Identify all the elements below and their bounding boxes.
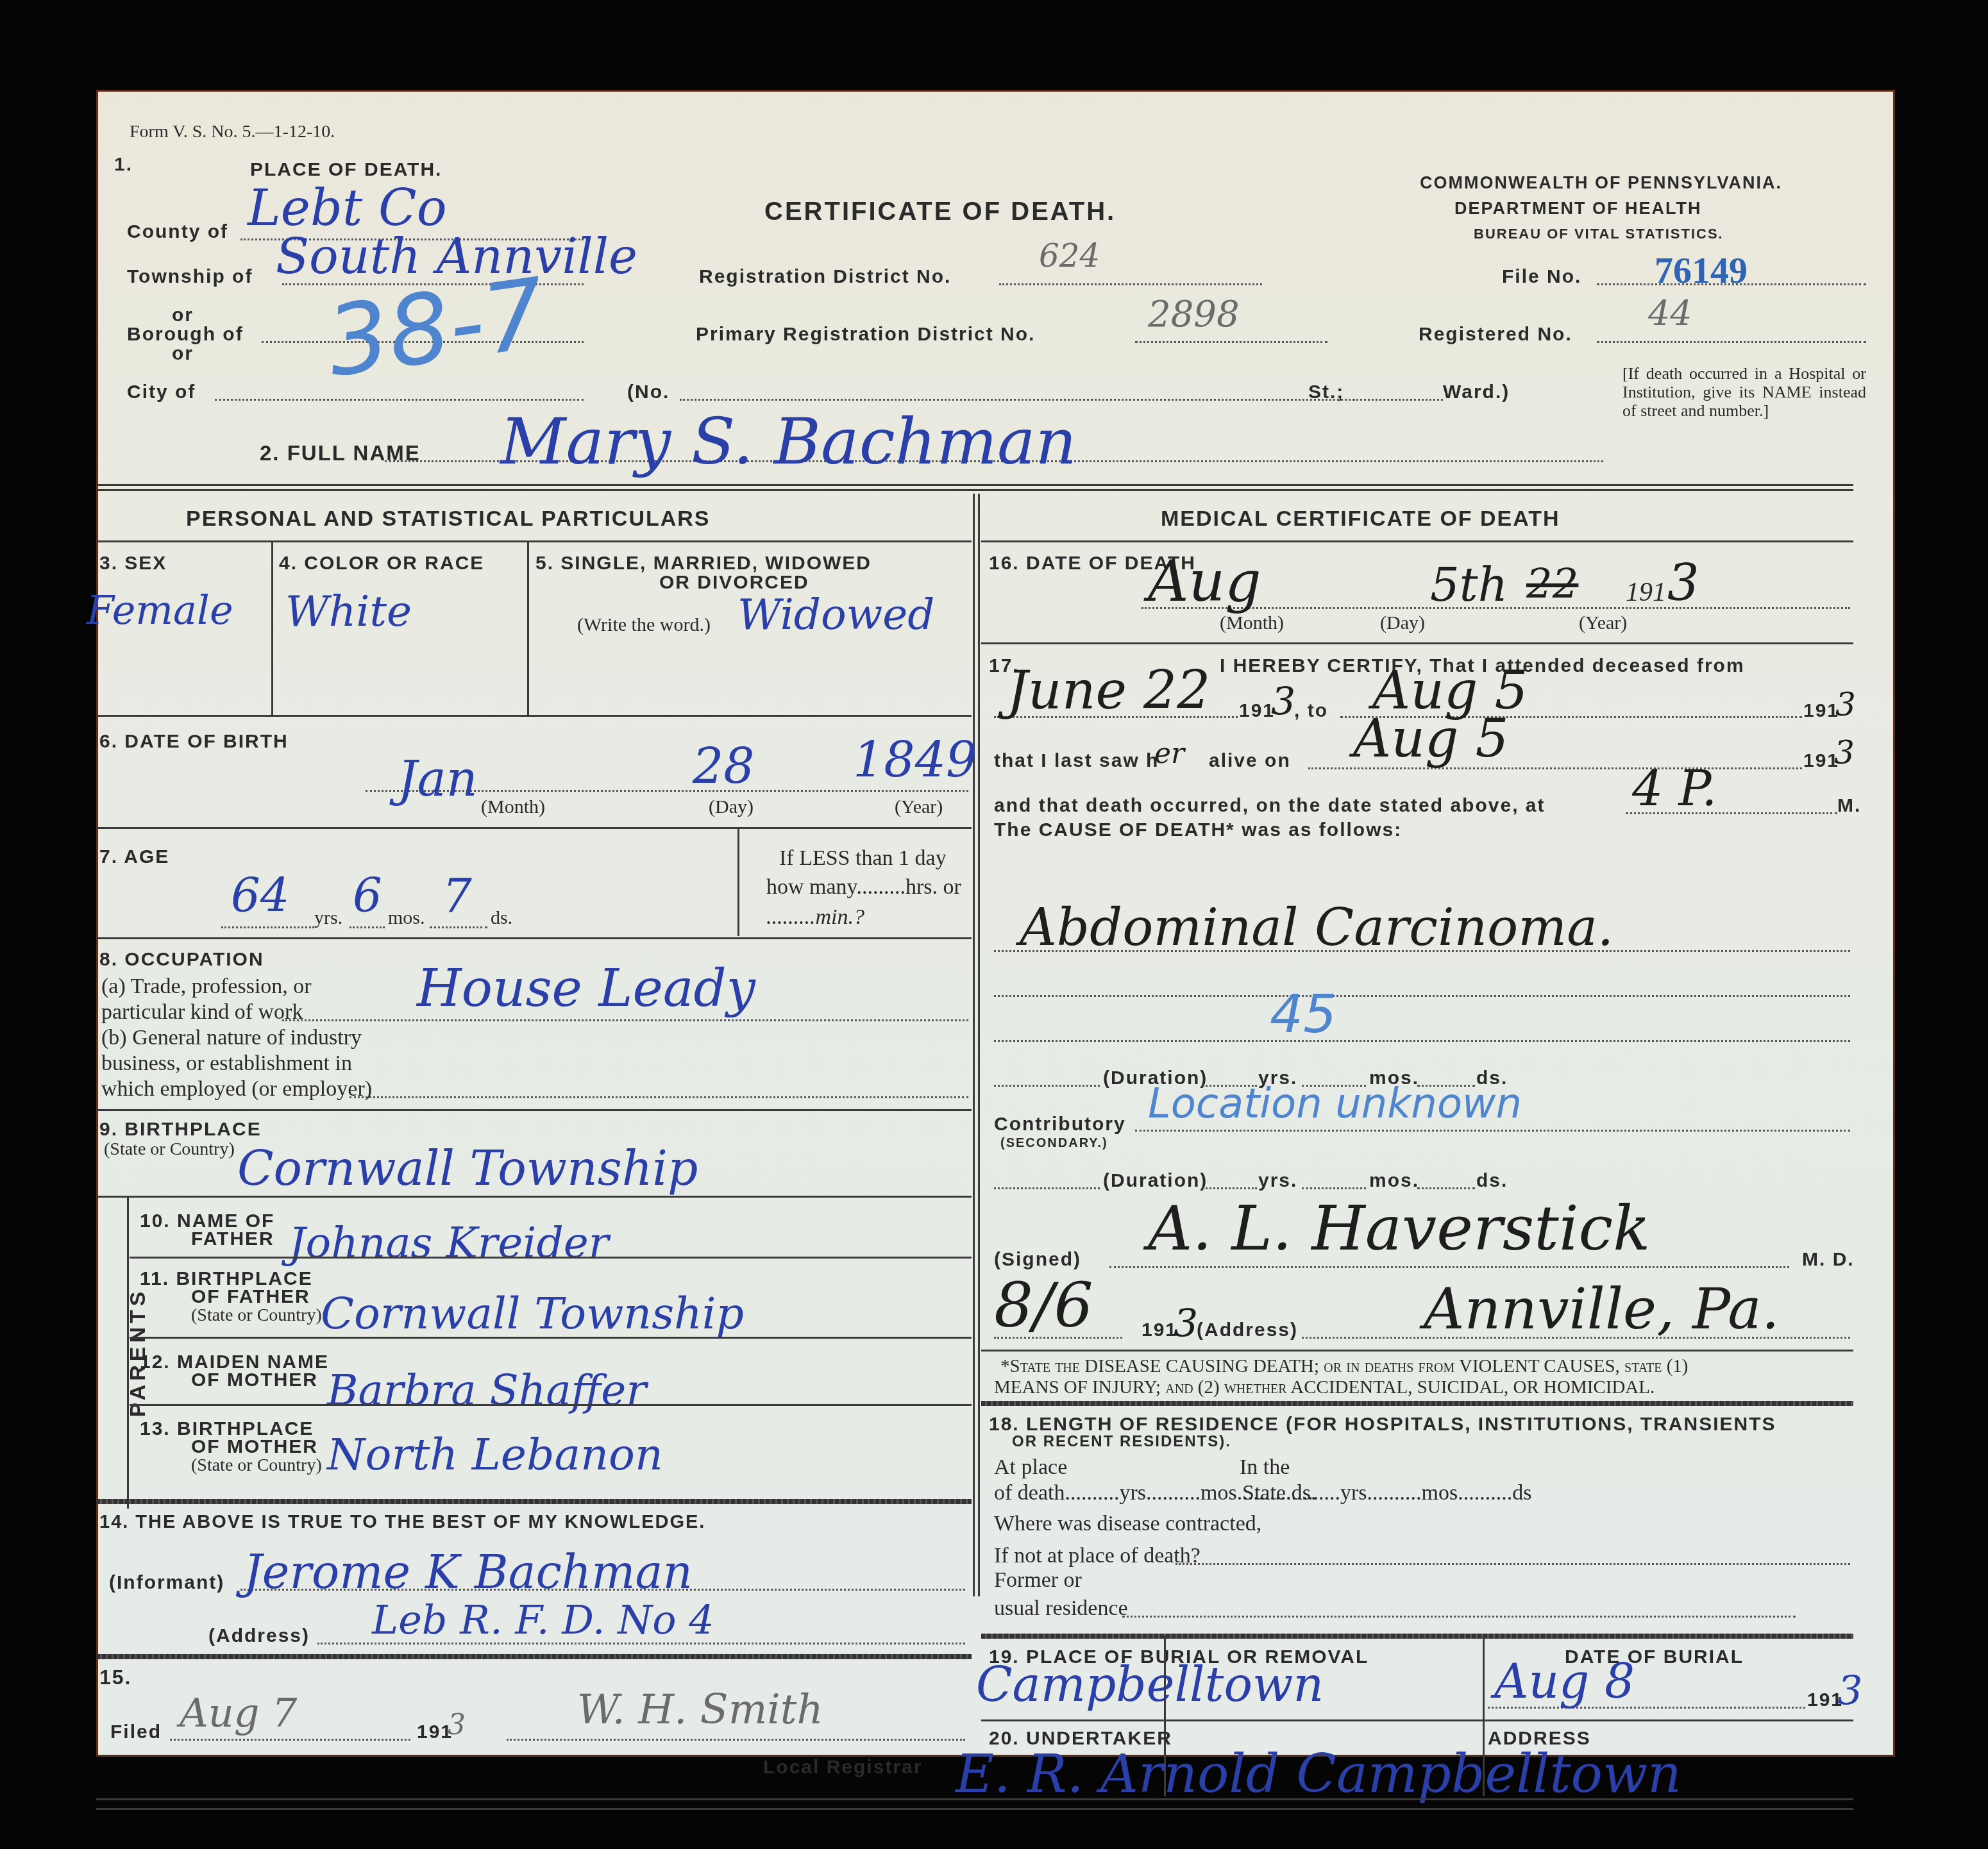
signed-address-label: (Address) xyxy=(1197,1319,1298,1341)
time-of-death-text: and that death occurred, on the date sta… xyxy=(994,795,1545,817)
attended-from-year-prefix: 191 xyxy=(1239,700,1275,722)
informant-value[interactable]: Jerome K Bachman xyxy=(244,1545,693,1599)
mother-birthplace-label-2: OF MOTHER xyxy=(191,1436,318,1458)
cause-line-3 xyxy=(994,1040,1850,1042)
signed-label: (Signed) xyxy=(994,1249,1081,1271)
secondary-label: (SECONDARY.) xyxy=(1000,1136,1108,1151)
dob-day[interactable]: 28 xyxy=(693,737,755,794)
hospital-note: [If death occurred in a Hospital or Inst… xyxy=(1622,364,1866,420)
signed-date[interactable]: 8/6 xyxy=(994,1269,1093,1341)
township-label: Township of xyxy=(127,266,253,288)
section-1-number: 1. xyxy=(114,154,133,176)
age-mos-label: mos. xyxy=(388,907,425,929)
age-days[interactable]: 7 xyxy=(442,869,472,923)
column-divider xyxy=(978,494,980,1596)
file-number-label: File No. xyxy=(1502,266,1581,288)
occupation-a-text-2: particular kind of work xyxy=(101,1000,303,1025)
attestation-label: 14. THE ABOVE IS TRUE TO THE BEST OF MY … xyxy=(99,1512,705,1533)
usual-residence-label: usual residence xyxy=(994,1596,1128,1621)
date-of-death-year-prefix: 191 xyxy=(1626,577,1666,608)
duration2-months-line xyxy=(1302,1187,1366,1189)
duration-line-lead xyxy=(994,1085,1100,1087)
occupation-a-text-1: (a) Trade, profession, or xyxy=(101,975,312,999)
filed-date-value[interactable]: Aug 7 xyxy=(180,1689,298,1736)
residence-label: 18. LENGTH OF RESIDENCE (FOR HOSPITALS, … xyxy=(989,1414,1776,1435)
less-than-day-text-1: If LESS than 1 day xyxy=(779,846,947,871)
duration2-years-line xyxy=(1202,1187,1257,1189)
last-saw-year-suffix[interactable]: 3 xyxy=(1834,734,1855,771)
sex-value[interactable]: Female xyxy=(87,587,233,633)
cause-of-death-value[interactable]: Abdominal Carcinoma. xyxy=(1020,898,1613,957)
alive-on-label: alive on xyxy=(1209,750,1291,772)
thick-divider xyxy=(96,1499,972,1504)
dod-year-caption: (Year) xyxy=(1579,612,1627,634)
divider xyxy=(96,489,1853,491)
dod-month-caption: (Month) xyxy=(1220,612,1284,634)
md-label: M. D. xyxy=(1802,1249,1855,1271)
form-code: Form V. S. No. 5.—1-12-10. xyxy=(130,122,335,142)
attended-to-year-prefix: 191 xyxy=(1803,700,1839,722)
burial-date-value[interactable]: Aug 8 xyxy=(1494,1654,1635,1709)
occupation-line xyxy=(282,1019,968,1021)
divider xyxy=(981,1350,1853,1351)
divider xyxy=(981,1719,1853,1721)
duration2-line-lead xyxy=(994,1187,1100,1189)
death-certificate: Form V. S. No. 5.—1-12-10. 1. PLACE OF D… xyxy=(96,90,1895,1757)
certificate-title: CERTIFICATE OF DEATH. xyxy=(764,197,1116,226)
duration2-days-line xyxy=(1417,1187,1475,1189)
date-of-death-day[interactable]: 5th xyxy=(1430,558,1508,612)
marital-hint: (Write the word.) xyxy=(577,614,711,636)
date-of-death-month[interactable]: Aug xyxy=(1148,548,1261,614)
time-of-death-suffix: M. xyxy=(1837,795,1861,817)
street-label: St.; xyxy=(1308,381,1344,403)
occupation-label: 8. OCCUPATION xyxy=(99,949,264,971)
cell-divider xyxy=(527,542,529,715)
age-years[interactable]: 64 xyxy=(231,869,290,923)
physician-signature-line xyxy=(1109,1266,1789,1268)
sex-label: 3. SEX xyxy=(99,553,167,574)
burial-year-suffix[interactable]: 3 xyxy=(1837,1667,1862,1714)
primary-district-value[interactable]: 2898 xyxy=(1148,294,1240,335)
informant-address-value[interactable]: Leb R. F. D. No 4 xyxy=(372,1596,714,1643)
registrar-signature-line xyxy=(507,1739,965,1741)
father-birthplace-value[interactable]: Cornwall Township xyxy=(321,1289,744,1339)
bottom-rule xyxy=(96,1808,1853,1810)
crayon-note: 45 xyxy=(1270,984,1336,1045)
column-divider xyxy=(973,494,975,1596)
duration2-yrs: yrs. xyxy=(1258,1170,1297,1192)
age-months-line xyxy=(350,926,385,928)
divider xyxy=(96,715,972,717)
bottom-rule xyxy=(96,1798,1853,1800)
father-birthplace-sub: (State or Country) xyxy=(191,1305,322,1326)
time-of-death-value[interactable]: 4 P. xyxy=(1632,760,1717,817)
attended-to-year-suffix[interactable]: 3 xyxy=(1835,686,1856,723)
or-text-2: or xyxy=(172,343,194,365)
divider xyxy=(96,937,972,939)
divider xyxy=(96,1196,972,1198)
primary-district-label: Primary Registration District No. xyxy=(696,324,1035,346)
primary-district-line xyxy=(1135,341,1327,343)
in-state-fields: State..........yrs..........mos.........… xyxy=(1242,1481,1531,1505)
occupation-value[interactable]: House Leady xyxy=(417,958,755,1018)
filed-label: Filed xyxy=(110,1721,162,1743)
date-of-death-day-struck: 22 xyxy=(1526,561,1578,608)
father-name-value[interactable]: Johnas Kreider xyxy=(289,1218,609,1268)
birthplace-label: 9. BIRTHPLACE xyxy=(99,1119,262,1141)
in-the-label: In the xyxy=(1240,1455,1290,1480)
full-name-value[interactable]: Mary S. Bachman xyxy=(500,404,1077,479)
where-contracted-label: Where was disease contracted, xyxy=(994,1512,1261,1536)
city-label: City of xyxy=(127,381,196,403)
race-value[interactable]: White xyxy=(285,587,412,636)
contributory-value[interactable]: Location unknown xyxy=(1148,1080,1522,1128)
less-than-day-text-3: .........min.? xyxy=(766,905,864,930)
to-label: , to xyxy=(1294,700,1328,722)
occupation-b-text-3: which employed (or employer) xyxy=(101,1077,372,1101)
filed-date-line xyxy=(170,1739,410,1741)
duration2-ds: ds. xyxy=(1476,1170,1508,1192)
divider xyxy=(130,1404,972,1406)
last-saw-date[interactable]: Aug 5 xyxy=(1353,708,1509,769)
ward-line xyxy=(1353,399,1443,401)
informant-label: (Informant) xyxy=(109,1572,224,1594)
divider xyxy=(96,540,972,542)
occupation-b-text-1: (b) General nature of industry xyxy=(101,1026,362,1050)
duration2-label: (Duration) xyxy=(1103,1170,1208,1192)
ward-label: Ward.) xyxy=(1443,381,1510,403)
divider xyxy=(981,540,1853,542)
cause-of-death-label: The CAUSE OF DEATH* was as follows: xyxy=(994,819,1402,841)
filed-year-suffix[interactable]: 3 xyxy=(448,1709,466,1741)
undertaker-value[interactable]: E. R. Arnold Campbelltown xyxy=(956,1744,1681,1805)
footnote-line-2: MEANS OF INJURY; and (2) whether ACCIDEN… xyxy=(994,1377,1655,1398)
dob-year-caption: (Year) xyxy=(895,796,943,818)
occupation-b-text-2: business, or establishment in xyxy=(101,1051,352,1076)
dob-month[interactable]: Jan xyxy=(398,750,478,807)
at-place-label: At place xyxy=(994,1455,1067,1480)
last-saw-pronoun[interactable]: er xyxy=(1154,737,1184,770)
age-years-line xyxy=(221,926,314,928)
dob-label: 6. DATE OF BIRTH xyxy=(99,731,289,753)
age-label: 7. AGE xyxy=(99,846,169,868)
age-ds-label: ds. xyxy=(491,907,512,929)
birthplace-sub: (State or Country) xyxy=(104,1139,235,1160)
cause-line-2 xyxy=(994,995,1850,997)
signed-address[interactable]: Annville, Pa. xyxy=(1424,1276,1780,1342)
age-days-line xyxy=(430,926,487,928)
city-line xyxy=(215,399,584,401)
usual-residence-line xyxy=(1122,1616,1796,1618)
last-saw-prefix: that I last saw h xyxy=(994,750,1159,772)
contributory-label: Contributory xyxy=(994,1114,1126,1135)
dob-year[interactable]: 1849 xyxy=(853,731,977,788)
divider xyxy=(130,1337,972,1339)
thick-divider xyxy=(96,1654,972,1659)
commonwealth-heading: COMMONWEALTH OF PENNSYLVANIA. xyxy=(1420,173,1782,193)
personal-heading: PERSONAL AND STATISTICAL PARTICULARS xyxy=(186,506,711,531)
place-of-death-heading: PLACE OF DEATH. xyxy=(250,159,442,181)
cell-divider xyxy=(737,827,739,936)
county-label: County of xyxy=(127,221,228,243)
footnote-line-1: *State the DISEASE CAUSING DEATH; or in … xyxy=(1000,1356,1689,1377)
marital-status-label: 5. SINGLE, MARRIED, WIDOWED xyxy=(535,553,872,574)
filed-number: 15. xyxy=(99,1666,131,1689)
residence-label-2: OR RECENT RESIDENTS). xyxy=(1012,1433,1231,1451)
divider xyxy=(130,1257,972,1259)
age-yrs-label: yrs. xyxy=(314,907,342,929)
duration2-mos: mos. xyxy=(1369,1170,1419,1192)
medical-heading: MEDICAL CERTIFICATE OF DEATH xyxy=(1161,506,1560,531)
thick-divider xyxy=(981,1401,1853,1406)
father-name-label-2: FATHER xyxy=(191,1228,274,1250)
signed-year-suffix[interactable]: 3 xyxy=(1174,1301,1198,1346)
age-months[interactable]: 6 xyxy=(353,869,382,923)
if-not-at-place-label: If not at place of death? xyxy=(994,1544,1200,1568)
attended-from-year-suffix[interactable]: 3 xyxy=(1271,680,1295,724)
marital-status-value[interactable]: Widowed xyxy=(737,590,935,639)
registered-number-value[interactable]: 44 xyxy=(1648,294,1692,334)
cell-divider xyxy=(271,542,273,715)
contributory-line xyxy=(1135,1130,1850,1132)
divider xyxy=(981,642,1853,644)
mother-birthplace-value[interactable]: North Lebanon xyxy=(327,1430,663,1480)
less-than-day-text-2: how many.........hrs. or xyxy=(766,875,961,899)
burial-place-value[interactable]: Campbelltown xyxy=(976,1657,1324,1712)
registration-district-value[interactable]: 624 xyxy=(1039,237,1100,274)
mother-birthplace-sub: (State or Country) xyxy=(191,1455,322,1476)
registered-number-line xyxy=(1597,341,1866,343)
informant-address-label: (Address) xyxy=(208,1625,310,1647)
dob-month-caption: (Month) xyxy=(481,796,545,818)
attended-from-date[interactable]: June 22 xyxy=(1007,660,1210,721)
contracted-line xyxy=(1175,1563,1850,1565)
former-or-label: Former or xyxy=(994,1568,1082,1593)
divider xyxy=(96,484,1853,486)
physician-signature[interactable]: A. L. Haverstick xyxy=(1148,1192,1651,1264)
registrar-signature[interactable]: W. H. Smith xyxy=(577,1686,823,1734)
date-of-death-year-suffix[interactable]: 3 xyxy=(1667,555,1699,612)
father-birthplace-label-2: OF FATHER xyxy=(191,1286,310,1308)
bureau-heading: BUREAU OF VITAL STATISTICS. xyxy=(1474,226,1724,242)
signed-year-prefix: 191 xyxy=(1141,1319,1177,1341)
mother-maiden-name-value[interactable]: Barbra Shaffer xyxy=(327,1366,646,1415)
street-number-label: (No. xyxy=(627,381,670,403)
dod-day-caption: (Day) xyxy=(1380,612,1425,634)
race-label: 4. COLOR OR RACE xyxy=(279,553,484,574)
registration-district-line xyxy=(999,283,1262,285)
registered-number-label: Registered No. xyxy=(1419,324,1572,346)
department-heading: DEPARTMENT OF HEALTH xyxy=(1454,199,1701,219)
dob-day-caption: (Day) xyxy=(709,796,754,818)
employer-line xyxy=(350,1096,968,1098)
street-line xyxy=(680,399,1404,401)
mother-maiden-name-label-2: OF MOTHER xyxy=(191,1369,318,1391)
or-text-1: or xyxy=(172,305,194,326)
birthplace-value[interactable]: Cornwall Township xyxy=(237,1141,698,1196)
file-number-stamp: 76149 xyxy=(1655,249,1748,292)
registration-district-label: Registration District No. xyxy=(699,266,951,288)
divider xyxy=(96,1109,972,1111)
borough-label: Borough of xyxy=(127,324,244,346)
local-registrar-label: Local Registrar xyxy=(763,1757,922,1778)
thick-divider xyxy=(981,1634,1853,1639)
divider xyxy=(96,827,972,829)
